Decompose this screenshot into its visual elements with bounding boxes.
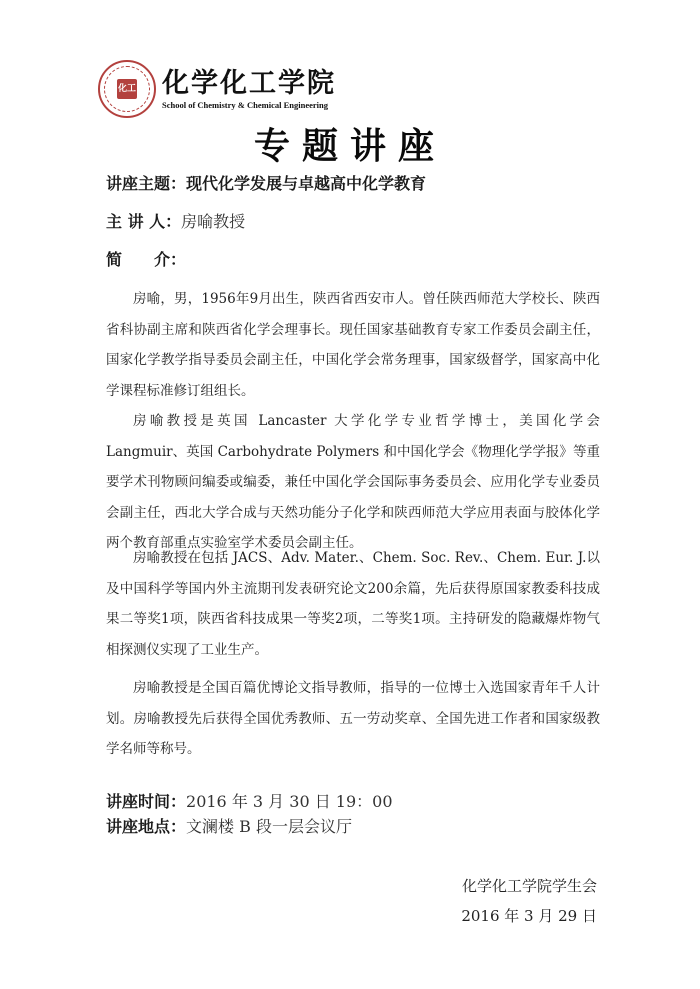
seal-emblem: 化工 [117,79,137,99]
school-seal-logo: 化工 [98,60,156,118]
lecture-time: 讲座时间：2016 年 3 月 30 日 19：00 [106,792,393,812]
time-label: 讲座时间： [106,792,186,811]
bio-paragraph-1: 房喻，男，1956年9月出生，陕西省西安市人。曾任陕西师范大学校长、陕西省科协副… [106,284,600,406]
school-header: 化工 化学化工学院 School of Chemistry & Chemical… [98,58,336,120]
bio-paragraph-3: 房喻教授在包括 JACS、Adv. Mater.、Chem. Soc. Rev.… [106,543,600,665]
bio-paragraph-4: 房喻教授是全国百篇优博论文指导教师，指导的一位博士入选国家青年千人计划。房喻教授… [106,673,600,765]
school-name-en: School of Chemistry & Chemical Engineeri… [162,100,336,110]
location-label: 讲座地点： [106,817,186,836]
speaker-value: 房喻教授 [181,212,245,231]
intro-heading: 简 介： [106,250,186,270]
lecture-location: 讲座地点：文澜楼 B 段一层会议厅 [106,817,352,837]
school-brand: 化学化工学院 School of Chemistry & Chemical En… [162,69,336,110]
lecture-topic: 讲座主题：现代化学发展与卓越高中化学教育 [106,174,426,194]
time-value: 2016 年 3 月 30 日 19：00 [186,792,393,811]
location-value: 文澜楼 B 段一层会议厅 [186,817,352,836]
school-name-cn: 化学化工学院 [162,69,336,99]
intro-label: 简 介： [106,250,186,269]
topic-value: 现代化学发展与卓越高中化学教育 [186,174,426,193]
lecture-speaker: 主 讲 人：房喻教授 [106,212,245,232]
page-title: 专题讲座 [0,118,700,169]
speaker-label: 主 讲 人： [106,212,181,231]
signature-date: 2016 年 3 月 29 日 [461,906,597,926]
bio-paragraph-2: 房喻教授是英国 Lancaster 大学化学专业哲学博士，美国化学会 Langm… [106,406,600,559]
topic-label: 讲座主题： [106,174,186,193]
organizer-signature: 化学化工学院学生会 [462,876,597,896]
